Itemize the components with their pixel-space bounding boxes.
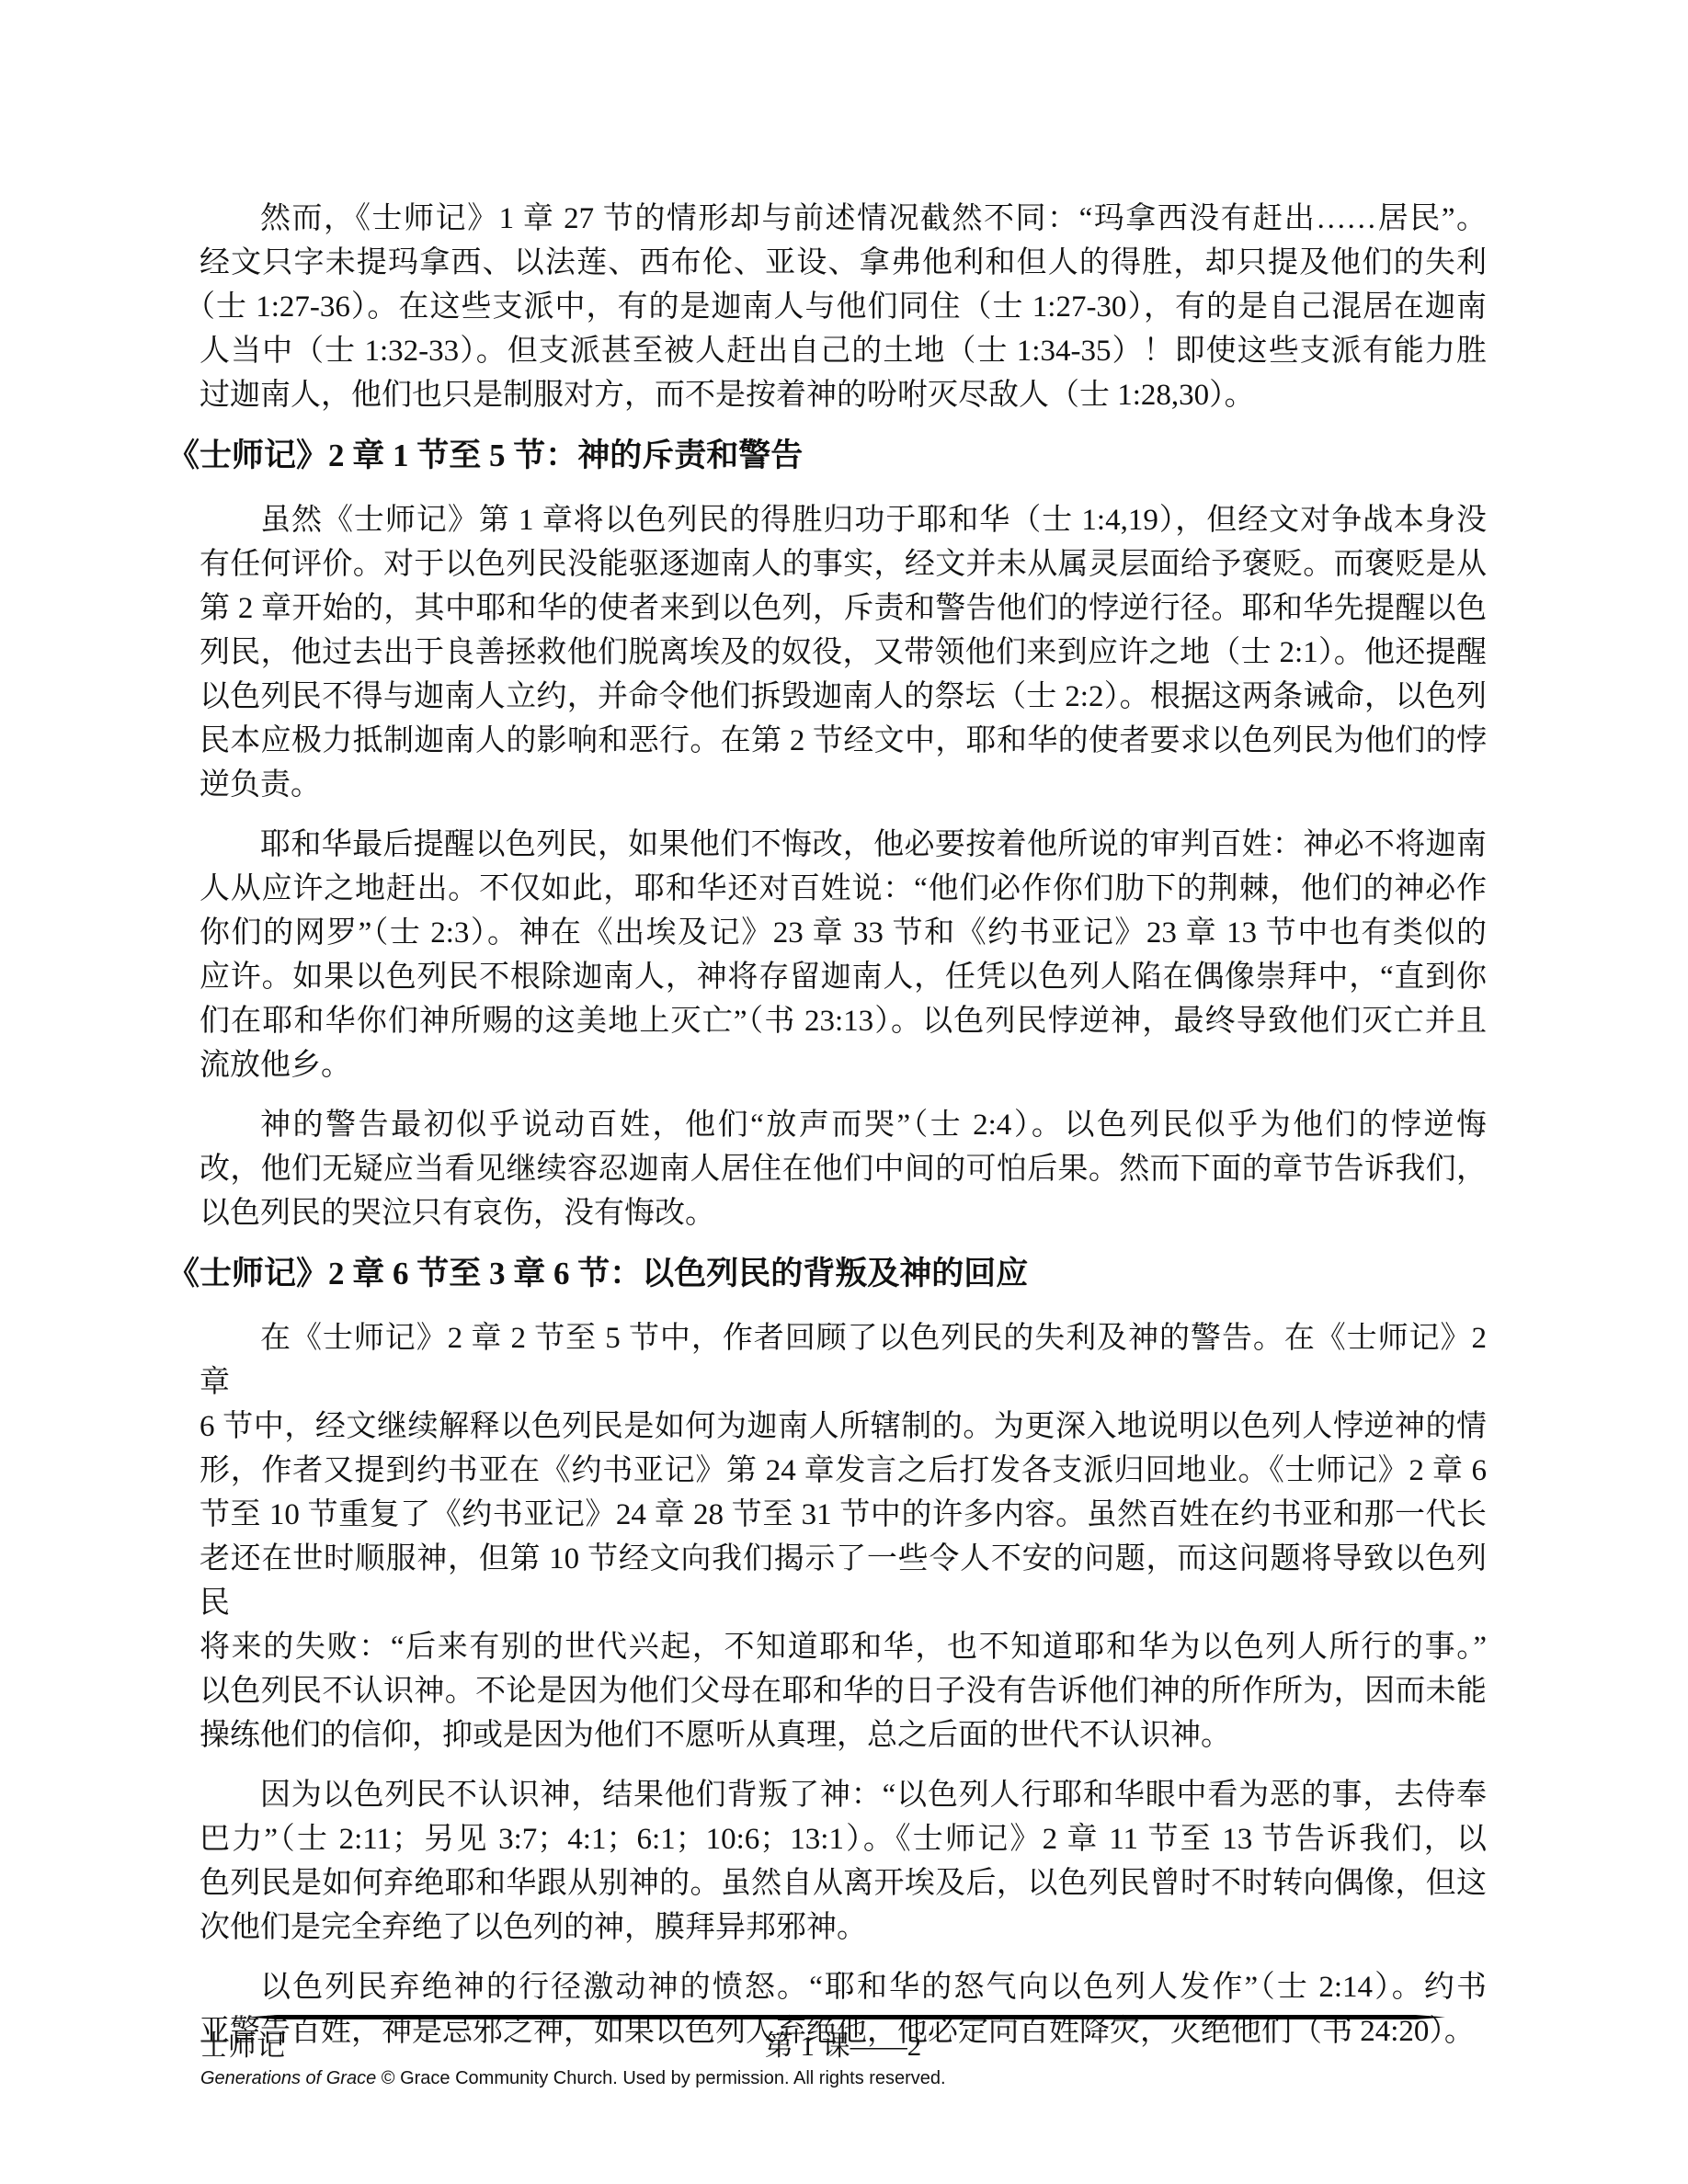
text-line: 因为以色列民不认识神，结果他们背叛了神：“以色列人行耶和华眼中看为恶的事，去侍奉 xyxy=(200,1773,1487,1817)
footer-book-title: 士师记 xyxy=(200,2024,285,2068)
text-line: 以色列民弃绝神的行径激动神的愤怒。“耶和华的怒气向以色列人发作”（士 2:14）… xyxy=(200,1965,1487,2009)
text-line: 过迦南人，他们也只是制服对方，而不是按着神的吩咐灭尽敌人（士 1:28,30）。 xyxy=(200,373,1487,417)
text-line: 耶和华最后提醒以色列民，如果他们不悔改，他必要按着他所说的审判百姓：神必不将迦南 xyxy=(200,823,1487,867)
text-line: 流放他乡。 xyxy=(200,1043,1487,1087)
text-line: 将来的失败：“后来有别的世代兴起，不知道耶和华，也不知道耶和华为以色列人所行的事… xyxy=(200,1625,1487,1669)
copyright-line: Generations of Grace © Grace Community C… xyxy=(200,2066,1488,2090)
text-line: 人当中（士 1:32-33）。但支派甚至被人赶出自己的土地（士 1:34-35）… xyxy=(200,329,1487,373)
text-line: 改，他们无疑应当看见继续容忍迦南人居住在他们中间的可怕后果。然而下面的章节告诉我… xyxy=(200,1147,1487,1191)
text-line: 以色列民不得与迦南人立约，并命令他们拆毁迦南人的祭坛（士 2:2）。根据这两条诫… xyxy=(200,675,1487,719)
text-line: 巴力”（士 2:11；另见 3:7；4:1；6:1；10:6；13:1）。《士师… xyxy=(200,1817,1487,1861)
text-line: 你们的网罗”（士 2:3）。神在《出埃及记》23 章 33 节和《约书亚记》23… xyxy=(200,911,1487,955)
text-line: 色列民是如何弃绝耶和华跟从别神的。虽然自从离开埃及后，以色列民曾时不时转向偶像，… xyxy=(200,1861,1487,1905)
text-line: 神的警告最初似乎说动百姓，他们“放声而哭”（士 2:4）。以色列民似乎为他们的悖… xyxy=(200,1103,1487,1147)
paragraph: 神的警告最初似乎说动百姓，他们“放声而哭”（士 2:4）。以色列民似乎为他们的悖… xyxy=(200,1103,1487,1235)
document-page: 然而，《士师记》1 章 27 节的情形却与前述情况截然不同：“玛拿西没有赶出……… xyxy=(0,0,1688,2184)
footer-divider-line xyxy=(247,2015,1445,2019)
text-line: 人从应许之地赶出。不仅如此，耶和华还对百姓说：“他们必作你们肋下的荆棘，他们的神… xyxy=(200,867,1487,911)
section-heading: 《士师记》2 章 6 节至 3 章 6 节：以色列民的背叛及神的回应 xyxy=(167,1251,1487,1297)
paragraph: 因为以色列民不认识神，结果他们背叛了神：“以色列人行耶和华眼中看为恶的事，去侍奉… xyxy=(200,1773,1487,1950)
text-line: 次他们是完全弃绝了以色列的神，膜拜异邦邪神。 xyxy=(200,1905,1487,1950)
text-line: （士 1:27-36）。在这些支派中，有的是迦南人与他们同住（士 1:27-30… xyxy=(185,285,1487,329)
section-heading: 《士师记》2 章 1 节至 5 节：神的斥责和警告 xyxy=(167,433,1487,479)
text-line: 应许。如果以色列民不根除迦南人，神将存留迦南人，任凭以色列人陷在偶像崇拜中，“直… xyxy=(200,955,1487,999)
text-line: 节至 10 节重复了《约书亚记》24 章 28 节至 31 节中的许多内容。虽然… xyxy=(200,1493,1487,1537)
text-line: 以色列民的哭泣只有哀伤，没有悔改。 xyxy=(200,1191,1487,1235)
text-line: 经文只字未提玛拿西、以法莲、西布伦、亚设、拿弗他利和但人的得胜，却只提及他们的失… xyxy=(200,241,1487,285)
text-line: 列民，他过去出于良善拯救他们脱离埃及的奴役，又带领他们来到应许之地（士 2:1）… xyxy=(200,631,1487,675)
text-line: 有任何评价。对于以色列民没能驱逐迦南人的事实，经文并未从属灵层面给予褒贬。而褒贬… xyxy=(200,542,1487,586)
footer-page-number: 第 1 课——2 xyxy=(765,2030,922,2062)
paragraph: 然而，《士师记》1 章 27 节的情形却与前述情况截然不同：“玛拿西没有赶出……… xyxy=(200,197,1487,417)
text-line: 形，作者又提到约书亚在《约书亚记》第 24 章发言之后打发各支派归回地业。《士师… xyxy=(200,1449,1487,1493)
document-body: 然而，《士师记》1 章 27 节的情形却与前述情况截然不同：“玛拿西没有赶出……… xyxy=(200,197,1487,2069)
paragraph: 耶和华最后提醒以色列民，如果他们不悔改，他必要按着他所说的审判百姓：神必不将迦南… xyxy=(200,823,1487,1087)
paragraph: 虽然《士师记》第 1 章将以色列民的得胜归功于耶和华（士 1:4,19），但经文… xyxy=(200,498,1487,807)
text-line: 们在耶和华你们神所赐的这美地上灭亡”（书 23:13）。以色列民悖逆神，最终导致… xyxy=(200,999,1487,1043)
text-line: 逆负责。 xyxy=(200,763,1487,807)
text-line: 在《士师记》2 章 2 节至 5 节中，作者回顾了以色列民的失利及神的警告。在《… xyxy=(200,1316,1487,1405)
text-line: 6 节中，经文继续解释以色列民是如何为迦南人所辖制的。为更深入地说明以色列人悖逆… xyxy=(200,1405,1487,1449)
text-line: 民本应极力抵制迦南人的影响和恶行。在第 2 节经文中，耶和华的使者要求以色列民为… xyxy=(200,719,1487,763)
text-line: 第 2 章开始的，其中耶和华的使者来到以色列，斥责和警告他们的悖逆行径。耶和华先… xyxy=(200,586,1487,631)
copyright-text: © Grace Community Church. Used by permis… xyxy=(376,2068,945,2088)
text-line: 以色列民不认识神。不论是因为他们父母在耶和华的日子没有告诉他们神的所作所为，因而… xyxy=(200,1669,1487,1713)
footer: 士师记 第 1 课——2 xyxy=(200,2024,1487,2068)
paragraph: 在《士师记》2 章 2 节至 5 节中，作者回顾了以色列民的失利及神的警告。在《… xyxy=(200,1316,1487,1757)
text-line: 虽然《士师记》第 1 章将以色列民的得胜归功于耶和华（士 1:4,19），但经文… xyxy=(200,498,1487,542)
text-line: 老还在世时顺服神，但第 10 节经文向我们揭示了一些令人不安的问题，而这问题将导… xyxy=(200,1537,1487,1625)
copyright-source-title: Generations of Grace xyxy=(200,2068,376,2088)
text-line: 操练他们的信仰，抑或是因为他们不愿听从真理，总之后面的世代不认识神。 xyxy=(200,1713,1487,1757)
text-line: 然而，《士师记》1 章 27 节的情形却与前述情况截然不同：“玛拿西没有赶出……… xyxy=(200,197,1487,241)
